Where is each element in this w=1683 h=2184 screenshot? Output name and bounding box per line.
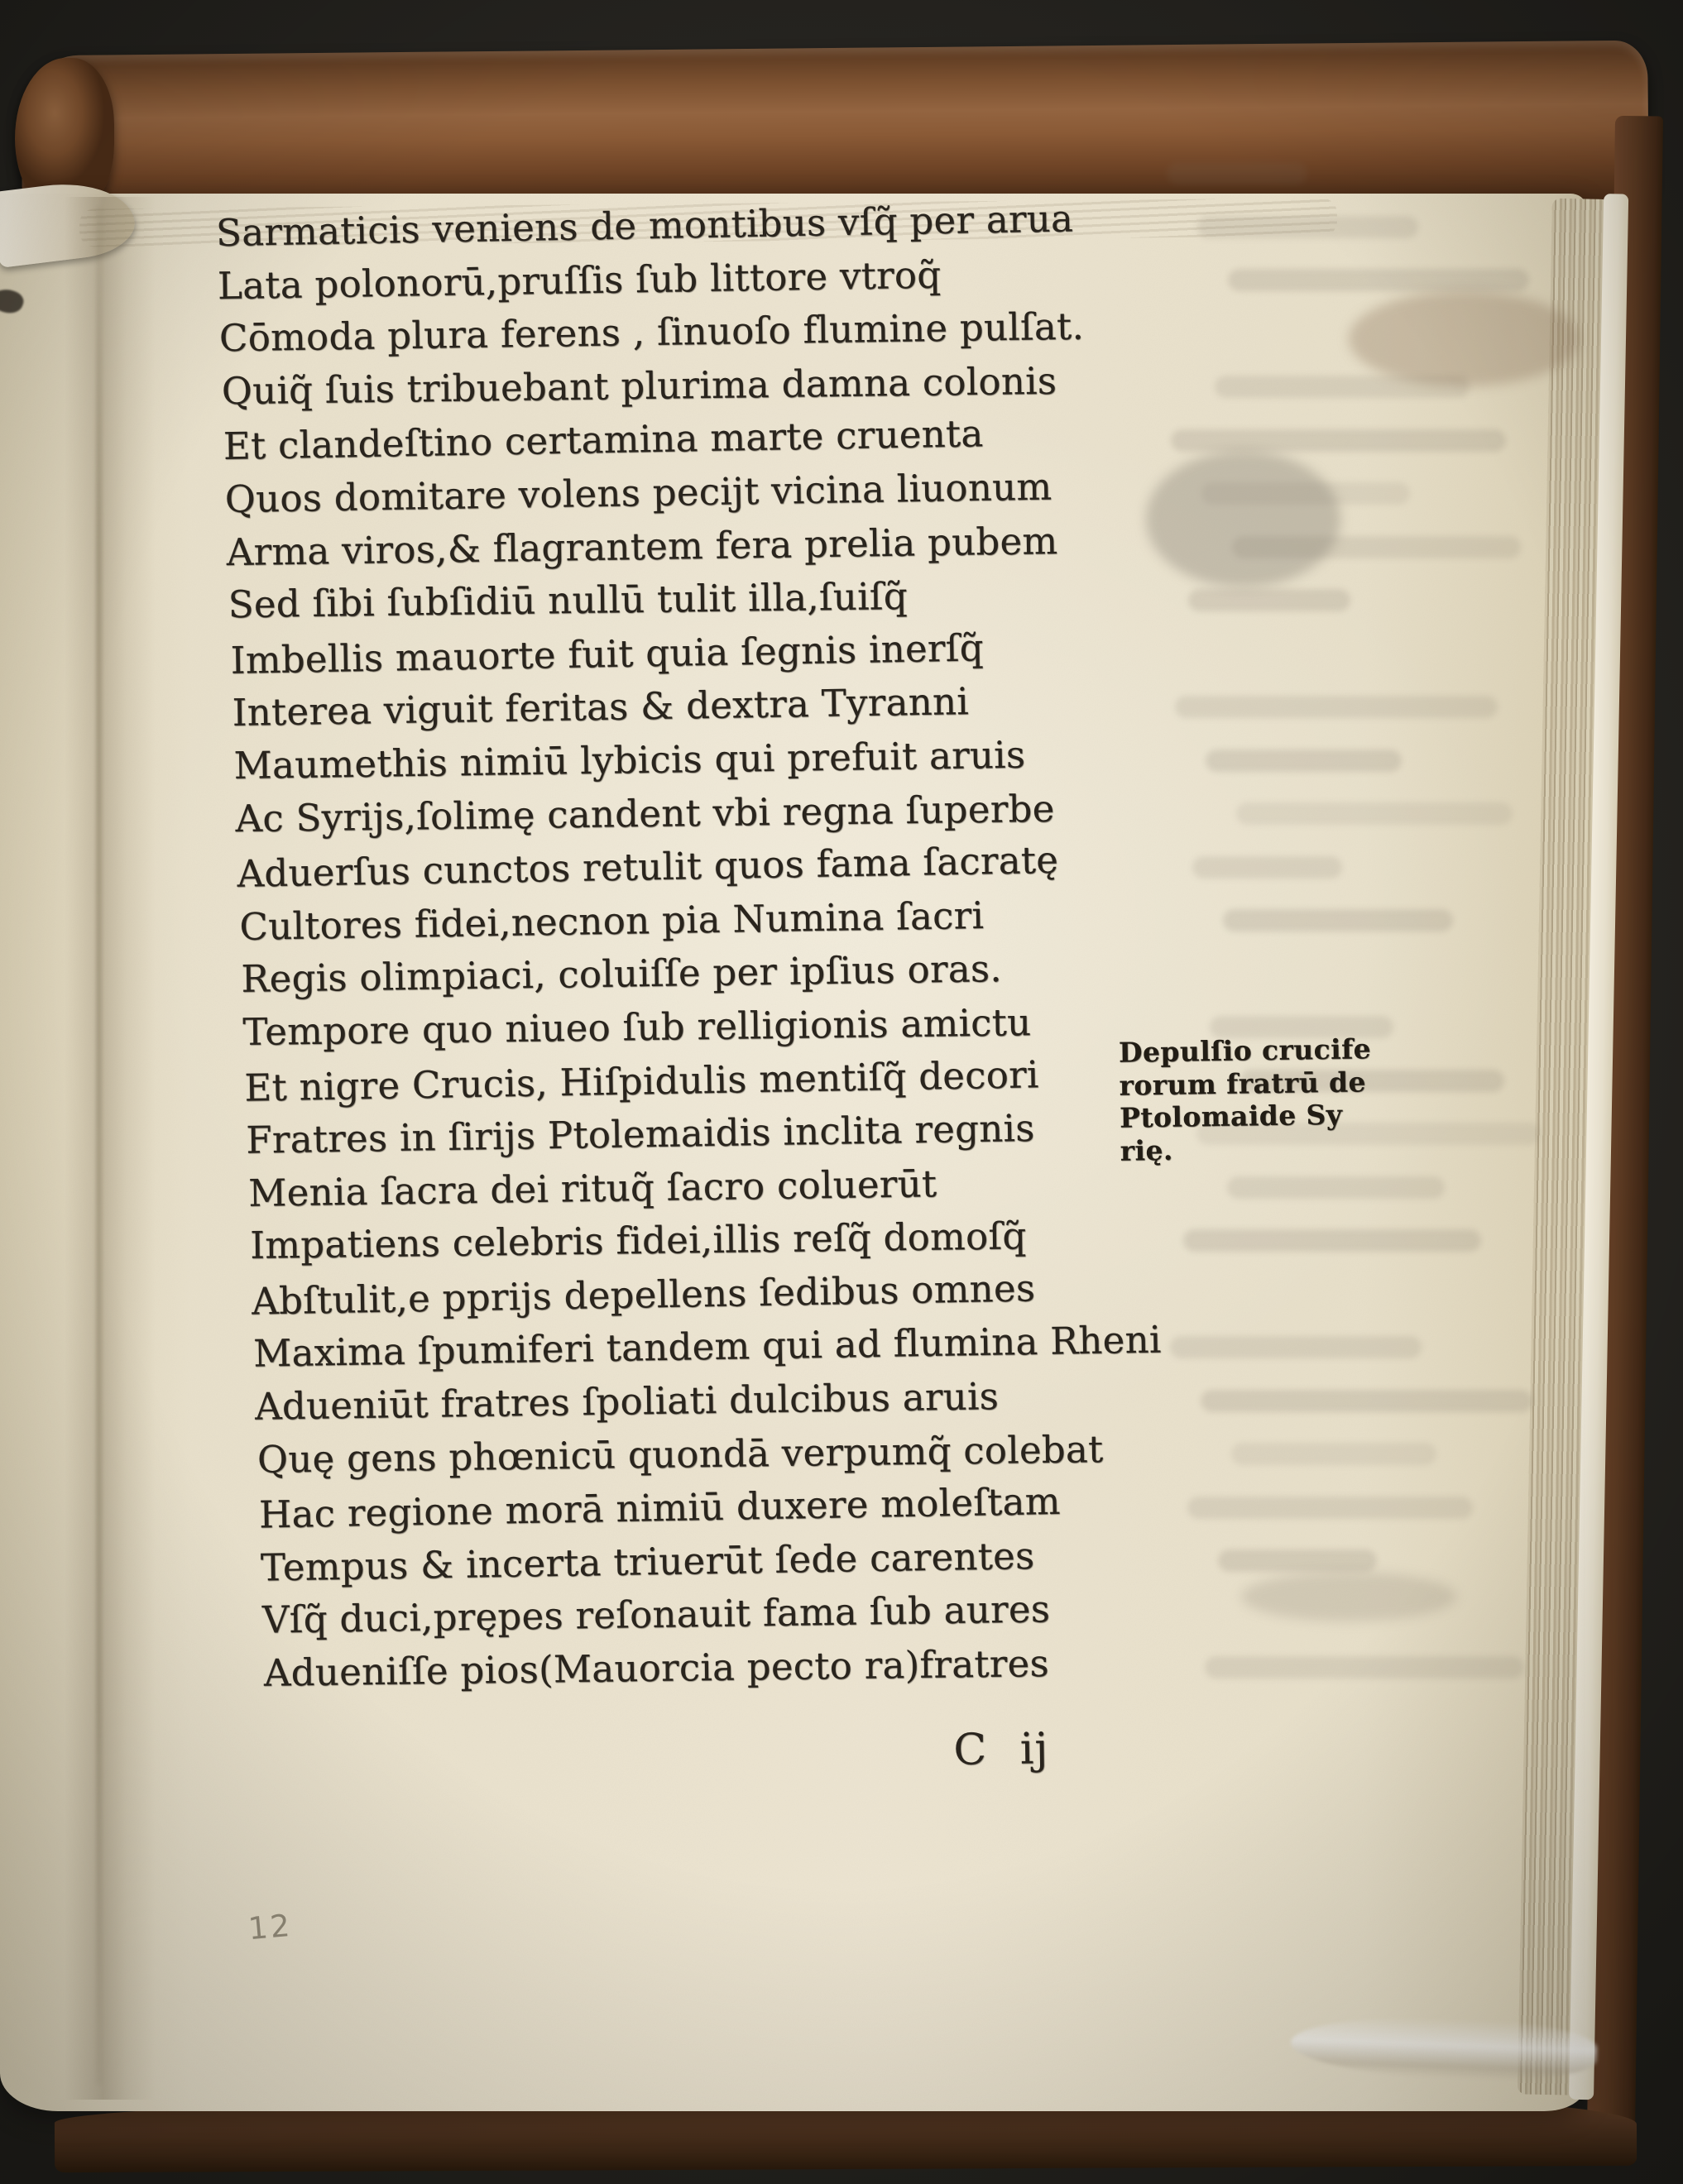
folio-number-pencil: 12 [247, 1908, 294, 1947]
quire-signature: C ij [953, 1724, 1049, 1775]
margin-note: Depulſio cruciferorum fratrū dePtolomaid… [1119, 1032, 1410, 1167]
margin-note-line: Ptolomaide Sy [1120, 1098, 1410, 1135]
margin-note-line: Depulſio crucife [1119, 1032, 1409, 1070]
poem-text-block: Sarmaticis veniens de montibus vſq̃ per … [216, 192, 1198, 1703]
margin-note-line: rię. [1120, 1130, 1410, 1167]
book-photograph: Sarmaticis veniens de montibus vſq̃ per … [0, 0, 1683, 2184]
poem-line: Adueniſſe pios(Mauorcia pecto ra)fratres [264, 1636, 1197, 1701]
margin-note-line: rorum fratrū de [1119, 1065, 1409, 1102]
printed-content: Sarmaticis veniens de montibus vſq̃ per … [0, 0, 1683, 2184]
